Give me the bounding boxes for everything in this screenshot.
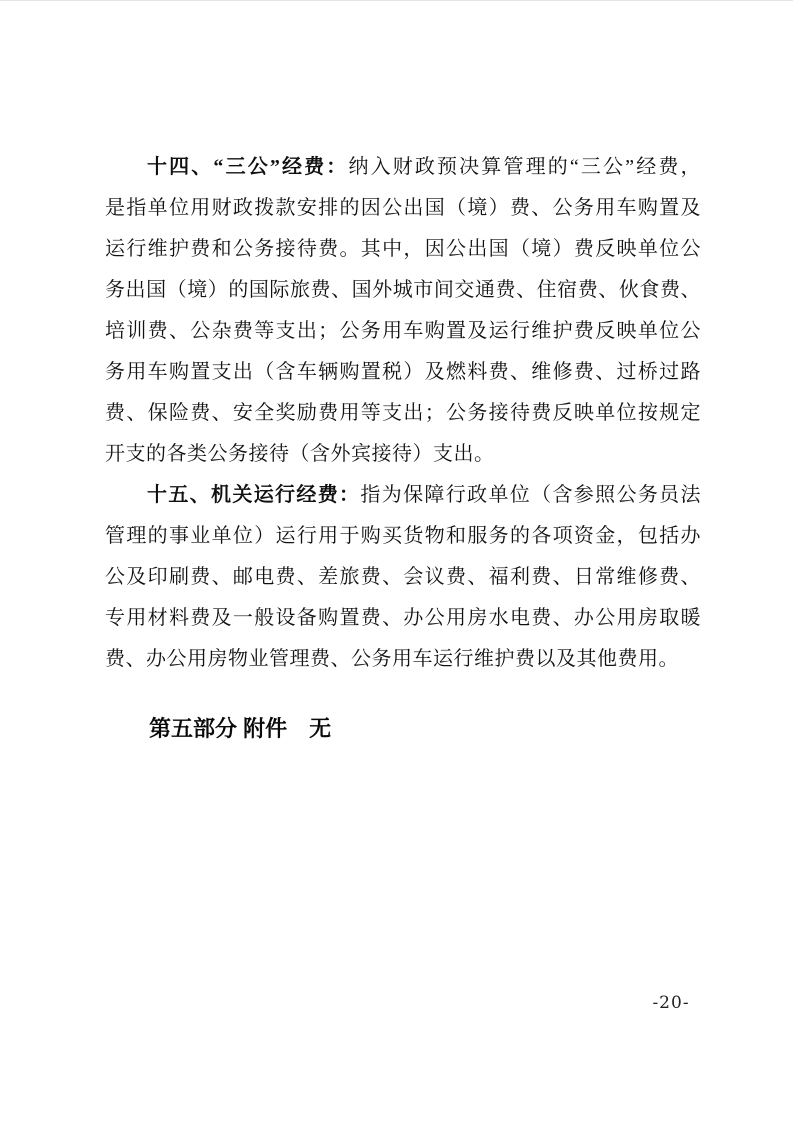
text-line: 培训费、公杂费等支出；公务用车购置及运行维护费反映单位公 bbox=[105, 311, 701, 352]
page-number: -20- bbox=[638, 991, 704, 1015]
text-line: 专用材料费及一般设备购置费、办公用房水电费、办公用房取暖 bbox=[105, 598, 701, 639]
text-line: 费、保险费、安全奖励费用等支出；公务接待费反映单位按规定 bbox=[105, 393, 701, 434]
text-line-segment: 纳入财政预决算管理的“三公”经费， bbox=[348, 156, 701, 178]
paragraph-agency-operating-funds: 十五、机关运行经费：指为保障行政单位（含参照公务员法 管理的事业单位）运行用于购… bbox=[105, 475, 701, 680]
text-line: 公及印刷费、邮电费、差旅费、会议费、福利费、日常维修费、 bbox=[105, 557, 701, 598]
text-line: 务出国（境）的国际旅费、国外城市间交通费、住宿费、伙食费、 bbox=[105, 270, 701, 311]
text-line: 十四、“三公”经费：纳入财政预决算管理的“三公”经费， bbox=[105, 147, 701, 188]
text-line: 运行维护费和公务接待费。其中，因公出国（境）费反映单位公 bbox=[105, 229, 701, 270]
paragraph-lead-bold: 十四、“三公”经费： bbox=[147, 156, 348, 178]
text-line: 开支的各类公务接待（含外宾接待）支出。 bbox=[105, 434, 701, 475]
paragraph-lead-bold: 十五、机关运行经费： bbox=[147, 484, 360, 506]
text-line: 务用车购置支出（含车辆购置税）及燃料费、维修费、过桥过路 bbox=[105, 352, 701, 393]
text-line: 十五、机关运行经费：指为保障行政单位（含参照公务员法 bbox=[105, 475, 701, 516]
document-body: 十四、“三公”经费：纳入财政预决算管理的“三公”经费， 是指单位用财政拨款安排的… bbox=[105, 147, 701, 749]
section-heading-part5-attachment: 第五部分 附件 无 bbox=[105, 708, 701, 749]
scan-edge-artifact bbox=[0, 0, 793, 1]
text-line-segment: 指为保障行政单位（含参照公务员法 bbox=[360, 484, 701, 506]
text-line: 费、办公用房物业管理费、公务用车运行维护费以及其他费用。 bbox=[105, 639, 701, 680]
text-line: 是指单位用财政拨款安排的因公出国（境）费、公务用车购置及 bbox=[105, 188, 701, 229]
text-line: 管理的事业单位）运行用于购买货物和服务的各项资金，包括办 bbox=[105, 516, 701, 557]
paragraph-sangong-funds: 十四、“三公”经费：纳入财政预决算管理的“三公”经费， 是指单位用财政拨款安排的… bbox=[105, 147, 701, 475]
